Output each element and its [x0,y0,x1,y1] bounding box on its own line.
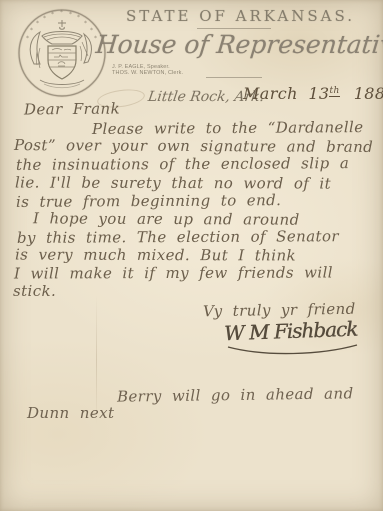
body-line: Please write to the “Dardanelle [92,118,364,138]
postscript-line: Dunn next [27,404,114,422]
body-line: the insinuations of the enclosed slip a [16,154,349,174]
letterhead-officers: J. P. EAGLE, Speaker. THOS. W. NEWTON, C… [112,64,183,76]
body-line: stick. [13,282,56,300]
body-line: I will make it if my few friends will [14,263,333,282]
svg-text:*: * [30,27,33,34]
svg-text:*: * [26,35,29,42]
body-line: is very much mixed. But I think [15,246,296,265]
header-divider-top [197,28,271,29]
body-line: by this time. The election of Senator [17,227,339,247]
scanned-letter-page: *** *** *** ** STATE OF ARKANSAS. House … [0,0,383,511]
body-line: is true from beginning to end. [16,191,281,211]
body-line: lie. I'll be surety that no word of it [15,173,331,192]
date-text: March 13 [243,84,329,103]
date-year: 1885— [354,84,383,103]
body-line: Post” over your own signature and brand [14,136,373,156]
letterhead-state-title: STATE OF ARKANSAS. [0,7,383,25]
body-line: I hope you are up and around [33,209,300,228]
date-ordinal: th [329,86,339,97]
dateline-date: March 13th1885— [243,84,383,103]
salutation: Dear Frank [24,99,120,118]
postscript-line: Berry will go in ahead and [117,384,354,405]
header-divider-bottom [206,77,262,78]
svg-text:*: * [90,27,93,34]
officer-clerk: THOS. W. NEWTON, Clerk. [112,70,183,76]
letterhead-chamber-title: House of Representatives. [94,30,377,59]
signature-flourish [226,342,360,358]
